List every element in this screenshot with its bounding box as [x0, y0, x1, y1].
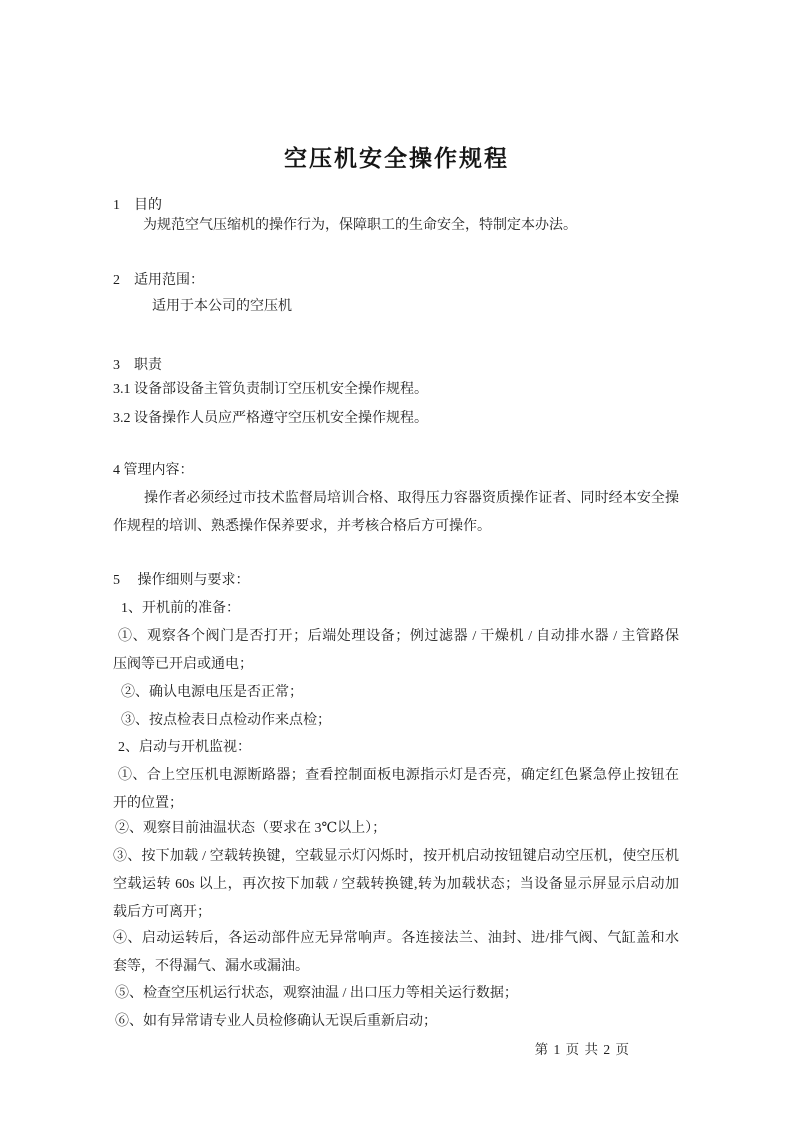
- section2-heading: 2 适用范围：: [113, 271, 679, 291]
- prep-item-2: ②、确认电源电压是否正常；: [113, 683, 679, 703]
- startup-subheading: 2、启动与开机监视：: [113, 738, 679, 758]
- section3-item-2: 3.2 设备操作人员应严格遵守空压机安全操作规程。: [113, 409, 679, 429]
- section4-body-line1: 操作者必须经过市技术监督局培训合格、取得压力容器资质操作证者、同时经本安全操: [113, 489, 679, 509]
- section1-body: 为规范空气压缩机的操作行为，保障职工的生命安全，特制定本办法。: [113, 216, 679, 236]
- prep-item-1-line2: 压阀等已开启或通电；: [113, 655, 679, 675]
- startup-item-3-line3: 载后方可离开；: [113, 903, 679, 923]
- section2-body: 适用于本公司的空压机: [113, 297, 679, 317]
- page-title: 空压机安全操作规程: [0, 140, 793, 173]
- section3-item-1: 3.1 设备部设备主管负责制订空压机安全操作规程。: [113, 380, 679, 400]
- section3-heading: 3 职责: [113, 356, 679, 376]
- section1-heading: 1 目的: [113, 196, 679, 216]
- startup-item-1-line1: ①、合上空压机电源断路器；查看控制面板电源指示灯是否亮，确定红色紧急停止按钮在: [113, 766, 679, 786]
- startup-item-1-line2: 开的位置；: [113, 794, 679, 814]
- prep-subheading: 1、开机前的准备：: [113, 599, 679, 619]
- page-number-footer: 第 1 页 共 2 页: [535, 1038, 630, 1058]
- section5-heading: 5 操作细则与要求：: [113, 571, 679, 591]
- startup-item-3-line2: 空载运转 60s 以上，再次按下加载 / 空载转换键,转为加载状态；当设备显示屏…: [113, 875, 679, 895]
- section4-body-line2: 作规程的培训、熟悉操作保养要求，并考核合格后方可操作。: [113, 517, 679, 537]
- startup-item-6: ⑥、如有异常请专业人员检修确认无误后重新启动；: [113, 1012, 679, 1032]
- section4-heading: 4 管理内容：: [113, 461, 679, 481]
- startup-item-2: ②、观察目前油温状态（要求在 3℃以上）；: [113, 819, 679, 839]
- document-page: 空压机安全操作规程 1 目的 为规范空气压缩机的操作行为，保障职工的生命安全，特…: [0, 0, 793, 1122]
- startup-item-4-line1: ④、启动运转后，各运动部件应无异常响声。各连接法兰、油封、进/排气阀、气缸盖和水: [113, 929, 679, 949]
- prep-item-1-line1: ①、观察各个阀门是否打开；后端处理设备；例过滤器 / 干燥机 / 自动排水器 /…: [113, 627, 679, 647]
- startup-item-3-line1: ③、按下加载 / 空载转换键，空载显示灯闪烁时，按开机启动按钮键启动空压机，使空…: [113, 847, 679, 867]
- prep-item-3: ③、按点检表日点检动作来点检；: [113, 711, 679, 731]
- startup-item-5: ⑤、检查空压机运行状态，观察油温 / 出口压力等相关运行数据；: [113, 984, 679, 1004]
- startup-item-4-line2: 套等，不得漏气、漏水或漏油。: [113, 957, 679, 977]
